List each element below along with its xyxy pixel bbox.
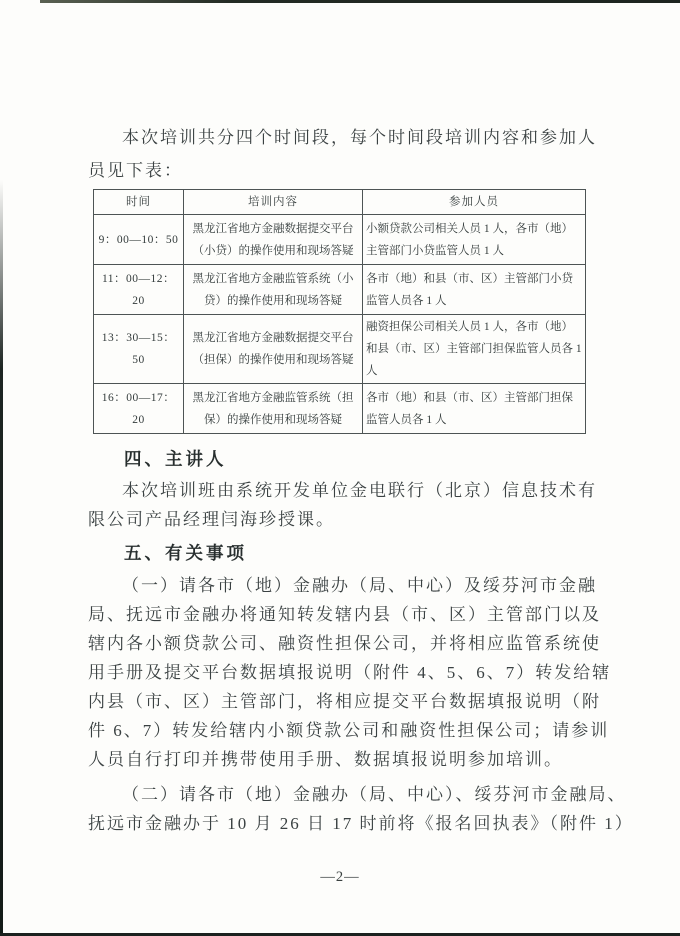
section-five-heading: 五、有关事项 — [124, 541, 592, 565]
section-four-heading: 四、主讲人 — [124, 447, 592, 471]
cell-time: 9：00—10：50 — [94, 215, 184, 265]
speaker-line: 限公司产品经理闫海珍授课。 — [88, 505, 592, 534]
header-content: 培训内容 — [184, 190, 363, 215]
cell-content: 黑龙江省地方金融数据提交平台（小贷）的操作使用和现场答疑 — [184, 215, 363, 265]
paragraph-line: 辖内各小额贷款公司、融资性担保公司，并将相应监管系统使 — [88, 629, 592, 658]
cell-content: 黑龙江省地方金融监管系统（小贷）的操作使用和现场答疑 — [184, 265, 363, 315]
paragraph-line: 抚远市金融办于 10 月 26 日 17 时前将《报名回执表》（附件 1） — [88, 809, 592, 838]
cell-time: 11：00—12：20 — [94, 265, 184, 315]
paragraph-line: 用手册及提交平台数据填报说明（附件 4、5、6、7）转发给辖 — [88, 658, 592, 687]
cell-time: 13：30—15：50 — [94, 315, 184, 384]
header-time: 时间 — [94, 190, 184, 215]
scanned-document-page: 本次培训共分四个时间段，每个时间段培训内容和参加人 员见下表： 时间 培训内容 … — [0, 0, 680, 936]
paragraph-line: 人员自行打印并携带使用手册、数据填报说明参加培训。 — [88, 745, 592, 774]
paragraph-line: 内县（市、区）主管部门，将相应提交平台数据填报说明（附 — [88, 687, 592, 716]
table-row: 16：00—17：20 黑龙江省地方金融监管系统（担保）的操作使用和现场答疑 各… — [94, 384, 586, 434]
section-five-paragraph-one: （一）请各市（地）金融办（局、中心）及绥芬河市金融 局、抚远市金融办将通知转发辖… — [88, 571, 592, 774]
table-header-row: 时间 培训内容 参加人员 — [94, 190, 586, 215]
table-row: 11：00—12：20 黑龙江省地方金融监管系统（小贷）的操作使用和现场答疑 各… — [94, 265, 586, 315]
paragraph-line: 件 6、7）转发给辖内小额贷款公司和融资性担保公司；请参训 — [88, 716, 592, 745]
training-schedule-table: 时间 培训内容 参加人员 9：00—10：50 黑龙江省地方金融数据提交平台（小… — [93, 189, 586, 434]
cell-participants: 各市（地）和县（市、区）主管部门小贷监管人员各 1 人 — [363, 265, 586, 315]
paragraph-line: （二）请各市（地）金融办（局、中心）、绥芬河市金融局、 — [88, 780, 592, 809]
section-four-paragraph: 本次培训班由系统开发单位金电联行（北京）信息技术有 限公司产品经理闫海珍授课。 — [88, 476, 592, 534]
header-participants: 参加人员 — [363, 190, 586, 215]
cell-participants: 小额贷款公司相关人员 1 人，各市（地）主管部门小贷监管人员 1 人 — [363, 215, 586, 265]
cell-time: 16：00—17：20 — [94, 384, 184, 434]
section-five-paragraph-two: （二）请各市（地）金融办（局、中心）、绥芬河市金融局、 抚远市金融办于 10 月… — [88, 780, 592, 838]
cell-content: 黑龙江省地方金融监管系统（担保）的操作使用和现场答疑 — [184, 384, 363, 434]
cell-participants: 融资担保公司相关人员 1 人，各市（地）和县（市、区）主管部门担保监管人员各 1… — [363, 315, 586, 384]
intro-paragraph: 本次培训共分四个时间段，每个时间段培训内容和参加人 员见下表： — [88, 0, 592, 187]
cell-content: 黑龙江省地方金融数据提交平台（担保）的操作使用和现场答疑 — [184, 315, 363, 384]
cell-participants: 各市（地）和县（市、区）主管部门担保监管人员各 1 人 — [363, 384, 586, 434]
table-row: 9：00—10：50 黑龙江省地方金融数据提交平台（小贷）的操作使用和现场答疑 … — [94, 215, 586, 265]
page-number: —2— — [0, 869, 680, 886]
speaker-line: 本次培训班由系统开发单位金电联行（北京）信息技术有 — [88, 476, 592, 505]
paragraph-line: （一）请各市（地）金融办（局、中心）及绥芬河市金融 — [88, 571, 592, 600]
table-row: 13：30—15：50 黑龙江省地方金融数据提交平台（担保）的操作使用和现场答疑… — [94, 315, 586, 384]
scan-edge-left — [0, 180, 3, 936]
intro-line: 本次培训共分四个时间段，每个时间段培训内容和参加人 — [88, 121, 592, 154]
intro-line: 员见下表： — [88, 154, 592, 187]
paragraph-line: 局、抚远市金融办将通知转发辖内县（市、区）主管部门以及 — [88, 600, 592, 629]
document-body: 本次培训共分四个时间段，每个时间段培训内容和参加人 员见下表： 时间 培训内容 … — [88, 0, 592, 838]
